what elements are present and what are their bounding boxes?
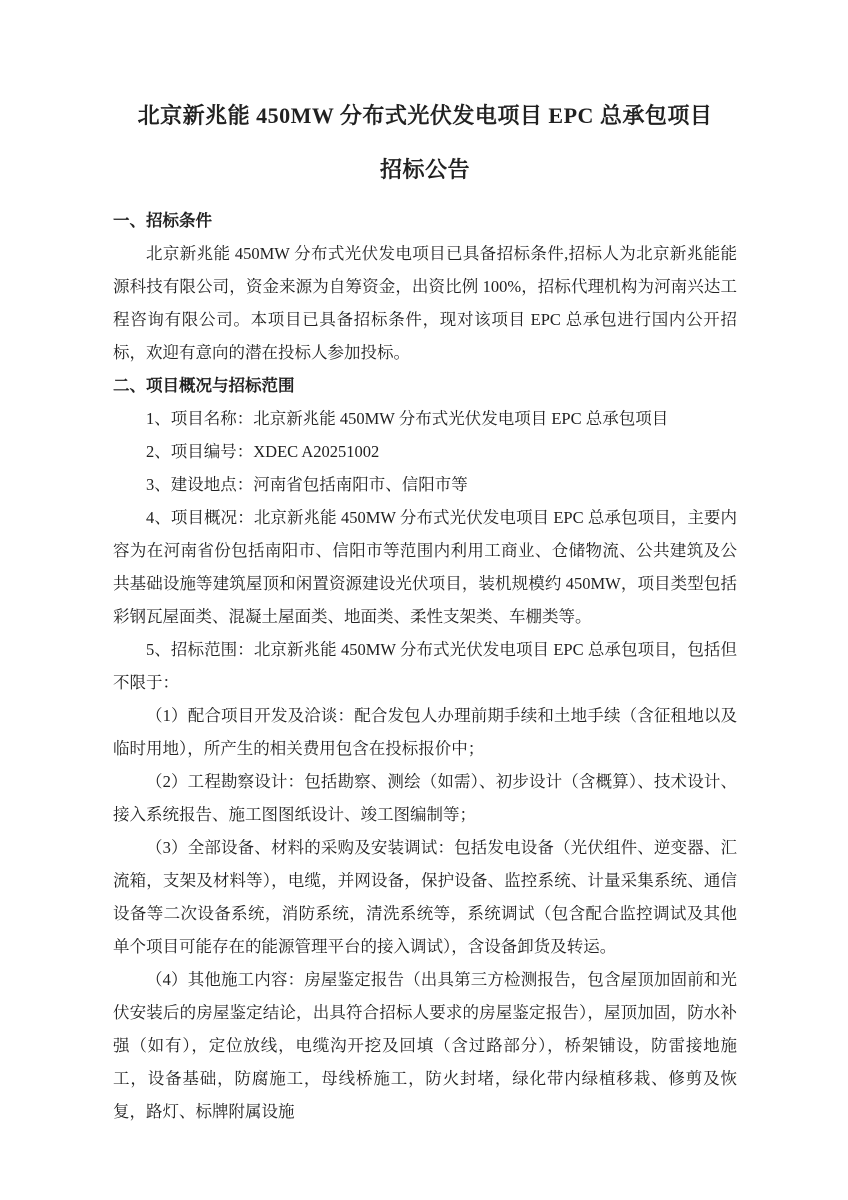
paragraph: 2、项目编号：XDEC A20251002 [113,435,737,468]
document-section: 一、招标条件 北京新兆能 450MW 分布式光伏发电项目已具备招标条件,招标人为… [113,204,737,369]
document-sections: 一、招标条件 北京新兆能 450MW 分布式光伏发电项目已具备招标条件,招标人为… [113,204,737,1128]
section-paragraphs: 北京新兆能 450MW 分布式光伏发电项目已具备招标条件,招标人为北京新兆能能源… [113,237,737,369]
paragraph: 1、项目名称：北京新兆能 450MW 分布式光伏发电项目 EPC 总承包项目 [113,402,737,435]
paragraph: 3、建设地点：河南省包括南阳市、信阳市等 [113,468,737,501]
section-heading: 一、招标条件 [113,204,737,237]
section-paragraphs: 1、项目名称：北京新兆能 450MW 分布式光伏发电项目 EPC 总承包项目 2… [113,402,737,1128]
section-heading: 二、项目概况与招标范围 [113,369,737,402]
paragraph: 5、招标范围：北京新兆能 450MW 分布式光伏发电项目 EPC 总承包项目，包… [113,633,737,699]
document-page: 北京新兆能 450MW 分布式光伏发电项目 EPC 总承包项目 招标公告 一、招… [0,0,848,1200]
paragraph: 北京新兆能 450MW 分布式光伏发电项目已具备招标条件,招标人为北京新兆能能源… [113,237,737,369]
document-title-line2: 招标公告 [113,158,737,182]
paragraph: 4、项目概况：北京新兆能 450MW 分布式光伏发电项目 EPC 总承包项目，主… [113,501,737,633]
document-section: 二、项目概况与招标范围 1、项目名称：北京新兆能 450MW 分布式光伏发电项目… [113,369,737,1128]
paragraph: （2）工程勘察设计：包括勘察、测绘（如需）、初步设计（含概算）、技术设计、接入系… [113,765,737,831]
paragraph: （3）全部设备、材料的采购及安装调试：包括发电设备（光伏组件、逆变器、汇流箱，支… [113,831,737,963]
paragraph: （1）配合项目开发及洽谈：配合发包人办理前期手续和土地手续（含征租地以及临时用地… [113,699,737,765]
paragraph: （4）其他施工内容：房屋鉴定报告（出具第三方检测报告，包含屋顶加固前和光伏安装后… [113,963,737,1128]
document-title-line1: 北京新兆能 450MW 分布式光伏发电项目 EPC 总承包项目 [113,104,737,128]
